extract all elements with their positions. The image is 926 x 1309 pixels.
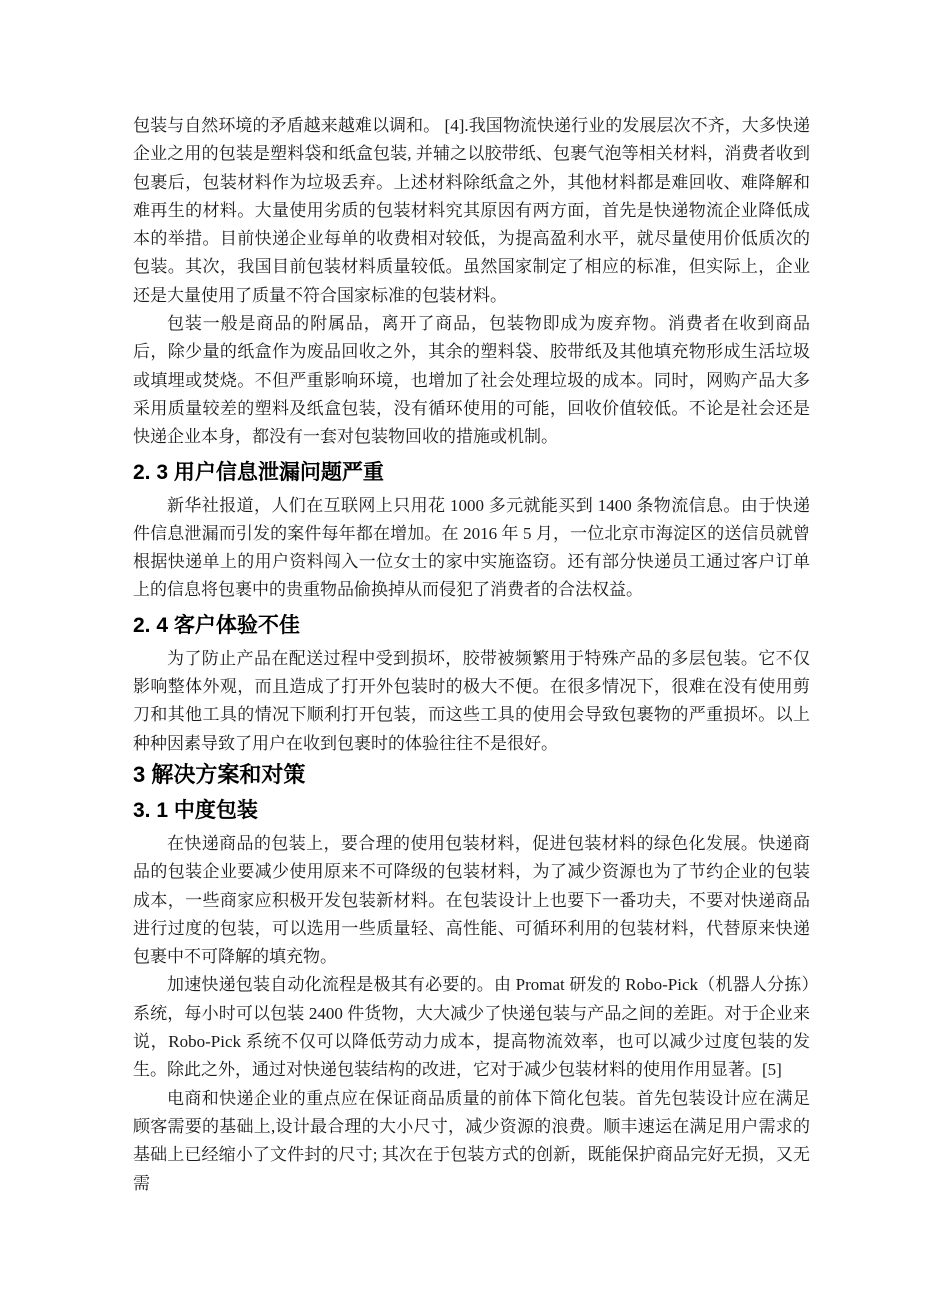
body-paragraph: 包装一般是商品的附属品，离开了商品，包装物即成为废弃物。消费者在收到商品后，除少…	[133, 310, 810, 451]
section-heading-level1: 3 解决方案和对策	[133, 760, 810, 790]
section-heading-level2: 2. 3 用户信息泄漏问题严重	[133, 458, 810, 488]
body-paragraph: 包装与自然环境的矛盾越来越难以调和。 [4].我国物流快递行业的发展层次不齐，大…	[133, 112, 810, 310]
section-heading-level2: 3. 1 中度包装	[133, 796, 810, 826]
body-paragraph: 新华社报道，人们在互联网上只用花 1000 多元就能买到 1400 条物流信息。…	[133, 492, 810, 605]
document-content: 包装与自然环境的矛盾越来越难以调和。 [4].我国物流快递行业的发展层次不齐，大…	[133, 112, 810, 1198]
body-paragraph: 在快递商品的包装上，要合理的使用包装材料，促进包装材料的绿色化发展。快递商品的包…	[133, 830, 810, 971]
body-paragraph: 加速快递包装自动化流程是极其有必要的。由 Promat 研发的 Robo-Pic…	[133, 971, 810, 1084]
document-page: 包装与自然环境的矛盾越来越难以调和。 [4].我国物流快递行业的发展层次不齐，大…	[0, 0, 926, 1309]
body-paragraph: 为了防止产品在配送过程中受到损坏，胶带被频繁用于特殊产品的多层包装。它不仅影响整…	[133, 645, 810, 758]
body-paragraph: 电商和快递企业的重点应在保证商品质量的前体下简化包装。首先包装设计应在满足顾客需…	[133, 1085, 810, 1198]
section-heading-level2: 2. 4 客户体验不佳	[133, 611, 810, 641]
